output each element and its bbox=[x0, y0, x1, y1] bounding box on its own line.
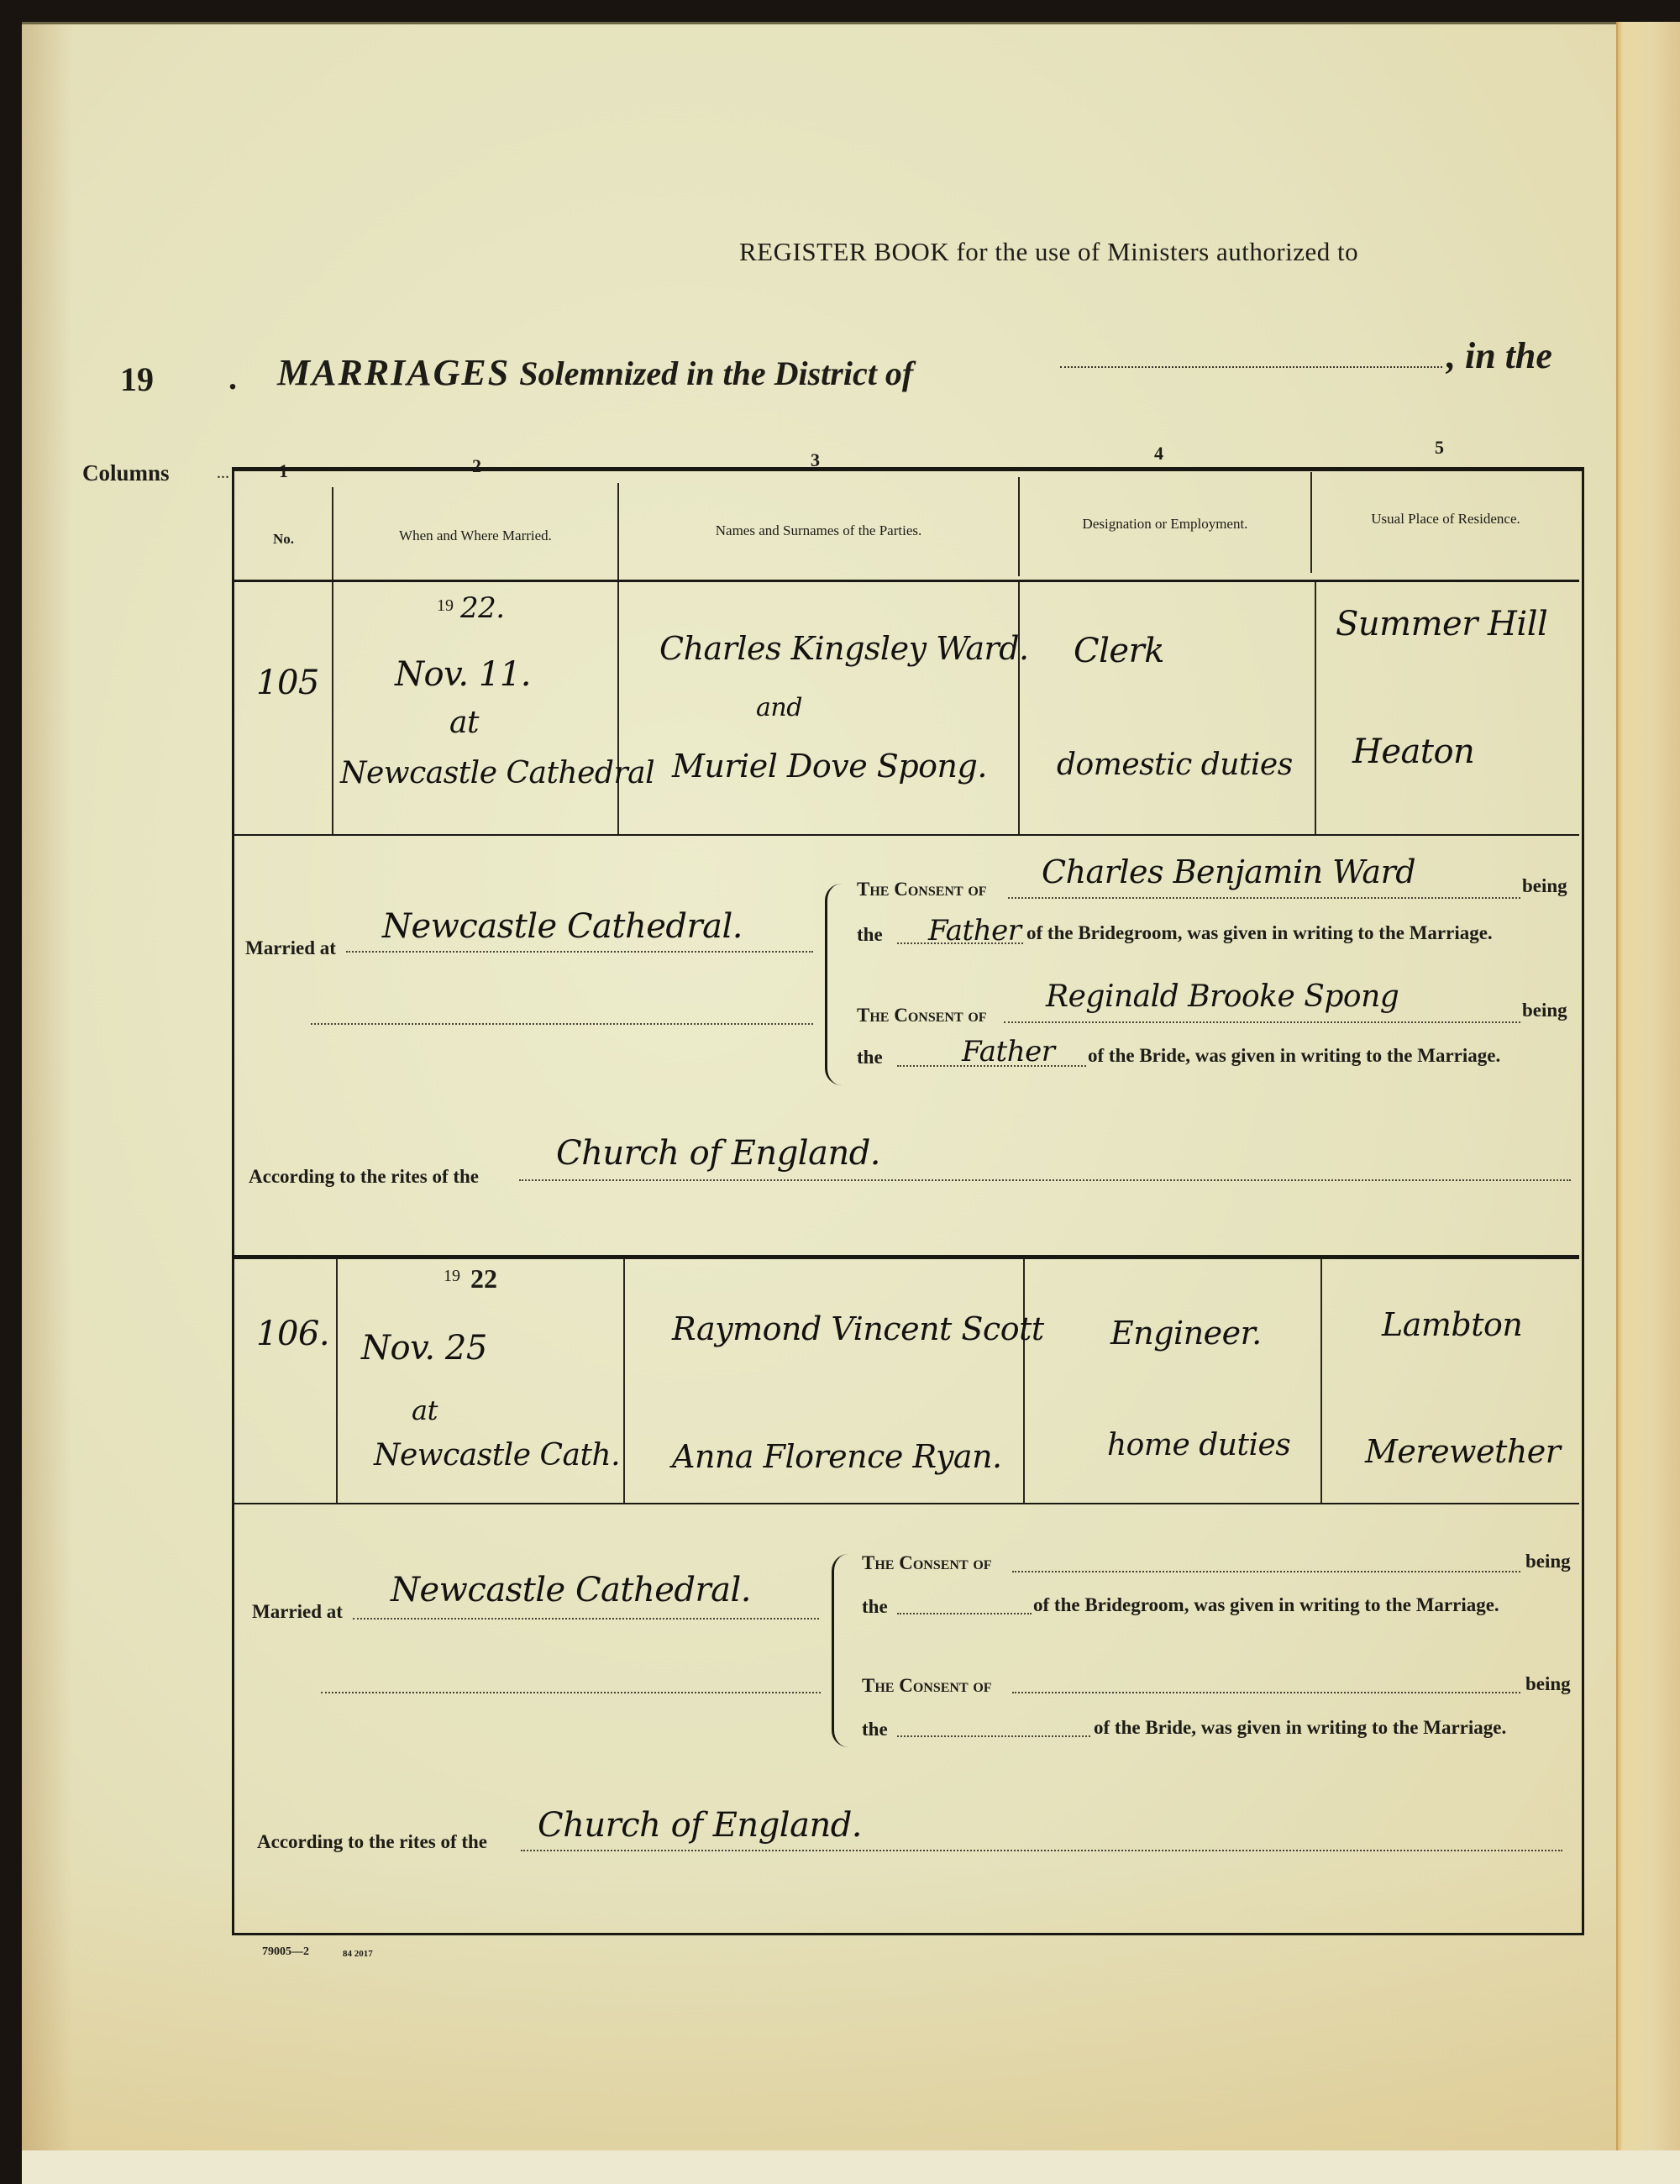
entry2-divider-3 bbox=[1023, 1259, 1025, 1503]
married-at-value: Newcastle Cathedral. bbox=[382, 907, 743, 946]
rites-label: According to the rites of the bbox=[249, 1166, 479, 1188]
columns-label: Columns bbox=[82, 460, 170, 486]
rites-value: Church of England. bbox=[538, 1806, 862, 1845]
page-bottom-edge bbox=[22, 2150, 1680, 2184]
entry1-divider-2 bbox=[617, 582, 619, 834]
year-prefix: 19 bbox=[120, 360, 154, 399]
print-code: 84 2017 bbox=[343, 1949, 373, 1959]
header-bottom-rule bbox=[234, 580, 1579, 582]
groom-consent-name: Charles Benjamin Ward bbox=[1042, 853, 1415, 890]
married-at-line2[interactable] bbox=[311, 1023, 813, 1025]
groom-consent-relation-field[interactable] bbox=[897, 1613, 1032, 1614]
entry-number: 105 bbox=[256, 664, 319, 702]
column-number-4: 4 bbox=[1154, 443, 1163, 465]
consent-brace bbox=[825, 884, 844, 1085]
bride-consent-the: the bbox=[857, 1047, 883, 1068]
marriages-word: MARRIAGES bbox=[277, 352, 510, 393]
and-text: and bbox=[756, 693, 802, 722]
bride-consent-being: being bbox=[1525, 1673, 1571, 1695]
groom-consent-suffix: of the Bridegroom, was given in writing … bbox=[1033, 1594, 1499, 1616]
bride-consent-suffix: of the Bride, was given in writing to th… bbox=[1094, 1717, 1506, 1739]
bride-consent-relation: Father bbox=[962, 1035, 1055, 1068]
column-header-names: Names and Surnames of the Parties. bbox=[619, 522, 1018, 539]
groom-consent-label: The Consent of bbox=[862, 1552, 992, 1574]
married-at-line2[interactable] bbox=[321, 1692, 821, 1693]
groom-consent-field[interactable] bbox=[1012, 1571, 1520, 1572]
marriage-place: Newcastle Cathedral bbox=[340, 756, 654, 790]
district-field[interactable] bbox=[1060, 366, 1442, 368]
married-at-value: Newcastle Cathedral. bbox=[391, 1571, 751, 1609]
bride-name: Muriel Dove Spong. bbox=[672, 748, 987, 785]
groom-consent-the: the bbox=[862, 1596, 888, 1618]
groom-consent-label: The Consent of bbox=[857, 879, 987, 900]
entry1-divider-1 bbox=[332, 582, 333, 834]
year-printed: 19 bbox=[444, 1267, 460, 1286]
bride-consent-the: the bbox=[862, 1719, 888, 1740]
bride-consent-relation-field[interactable] bbox=[897, 1735, 1090, 1737]
column-header-when-where: When and Where Married. bbox=[333, 528, 617, 544]
columns-dots: ... bbox=[217, 464, 229, 483]
bride-employment: domestic duties bbox=[1057, 748, 1293, 782]
year-written: 22. bbox=[460, 591, 505, 625]
groom-name: Charles Kingsley Ward. bbox=[659, 630, 1029, 667]
at-text: at bbox=[412, 1394, 438, 1426]
entry-separator-rule bbox=[234, 1255, 1579, 1259]
marriages-heading: MARRIAGES Solemnized in the District of bbox=[277, 351, 913, 394]
entry-number: 106. bbox=[256, 1315, 329, 1353]
groom-consent-relation: Father bbox=[928, 914, 1021, 948]
consent-brace bbox=[832, 1554, 851, 1747]
register-title: REGISTER BOOK for the use of Ministers a… bbox=[739, 237, 1358, 267]
in-the-text: , in the bbox=[1446, 334, 1552, 377]
column-header-residence: Usual Place of Residence. bbox=[1312, 511, 1579, 528]
bride-residence: Heaton bbox=[1352, 732, 1474, 771]
solemnized-text: Solemnized in the District of bbox=[519, 354, 913, 392]
column-header-employment: Designation or Employment. bbox=[1020, 516, 1310, 533]
married-at-label: Married at bbox=[252, 1601, 343, 1623]
column-header-no: No. bbox=[235, 531, 332, 548]
married-at-label: Married at bbox=[245, 937, 336, 959]
marriage-date: Nov. 25 bbox=[361, 1329, 487, 1368]
groom-employment: Clerk bbox=[1074, 632, 1164, 670]
groom-employment: Engineer. bbox=[1110, 1315, 1262, 1352]
married-at-field[interactable] bbox=[353, 1618, 819, 1620]
groom-consent-field[interactable] bbox=[1008, 897, 1520, 899]
groom-residence: Summer Hill bbox=[1336, 605, 1547, 643]
marriage-date: Nov. 11. bbox=[395, 655, 531, 694]
entry1-row-rule bbox=[234, 834, 1579, 836]
bride-consent-field[interactable] bbox=[1004, 1021, 1520, 1023]
groom-consent-suffix: of the Bridegroom, was given in writing … bbox=[1026, 922, 1493, 944]
book-gutter bbox=[1616, 22, 1680, 2184]
bride-consent-suffix: of the Bride, was given in writing to th… bbox=[1088, 1045, 1500, 1067]
married-at-field[interactable] bbox=[346, 951, 813, 953]
bride-consent-label: The Consent of bbox=[857, 1005, 987, 1026]
rites-value: Church of England. bbox=[556, 1134, 880, 1173]
marriage-place: Newcastle Cath. bbox=[374, 1438, 620, 1473]
year-dot: . bbox=[228, 358, 237, 397]
entry2-divider-4 bbox=[1320, 1259, 1322, 1503]
bride-name: Anna Florence Ryan. bbox=[672, 1438, 1002, 1475]
entry2-divider-1 bbox=[336, 1259, 338, 1503]
groom-consent-being: being bbox=[1522, 875, 1567, 897]
groom-residence: Lambton bbox=[1382, 1306, 1522, 1343]
rites-field[interactable] bbox=[519, 1179, 1571, 1181]
column-number-5: 5 bbox=[1435, 437, 1444, 459]
bride-consent-label: The Consent of bbox=[862, 1675, 992, 1697]
at-text: at bbox=[449, 706, 479, 740]
bride-residence: Merewether bbox=[1365, 1433, 1560, 1470]
groom-consent-being: being bbox=[1525, 1551, 1571, 1572]
entry2-row-rule bbox=[234, 1503, 1579, 1504]
rites-field[interactable] bbox=[521, 1850, 1562, 1851]
bride-consent-being: being bbox=[1522, 1000, 1567, 1021]
year-written: 22 bbox=[470, 1263, 497, 1294]
entry2-divider-2 bbox=[623, 1259, 625, 1503]
entry1-divider-4 bbox=[1315, 582, 1316, 834]
entry1-divider-3 bbox=[1018, 582, 1020, 834]
groom-consent-the: the bbox=[857, 924, 883, 946]
rites-label: According to the rites of the bbox=[257, 1831, 487, 1853]
form-number: 79005—2 bbox=[262, 1945, 309, 1959]
year-printed: 19 bbox=[437, 596, 454, 616]
bride-employment: home duties bbox=[1107, 1428, 1290, 1462]
bride-consent-field[interactable] bbox=[1012, 1692, 1520, 1693]
bride-consent-name: Reginald Brooke Spong bbox=[1046, 979, 1399, 1014]
groom-name: Raymond Vincent Scott bbox=[672, 1310, 1044, 1347]
